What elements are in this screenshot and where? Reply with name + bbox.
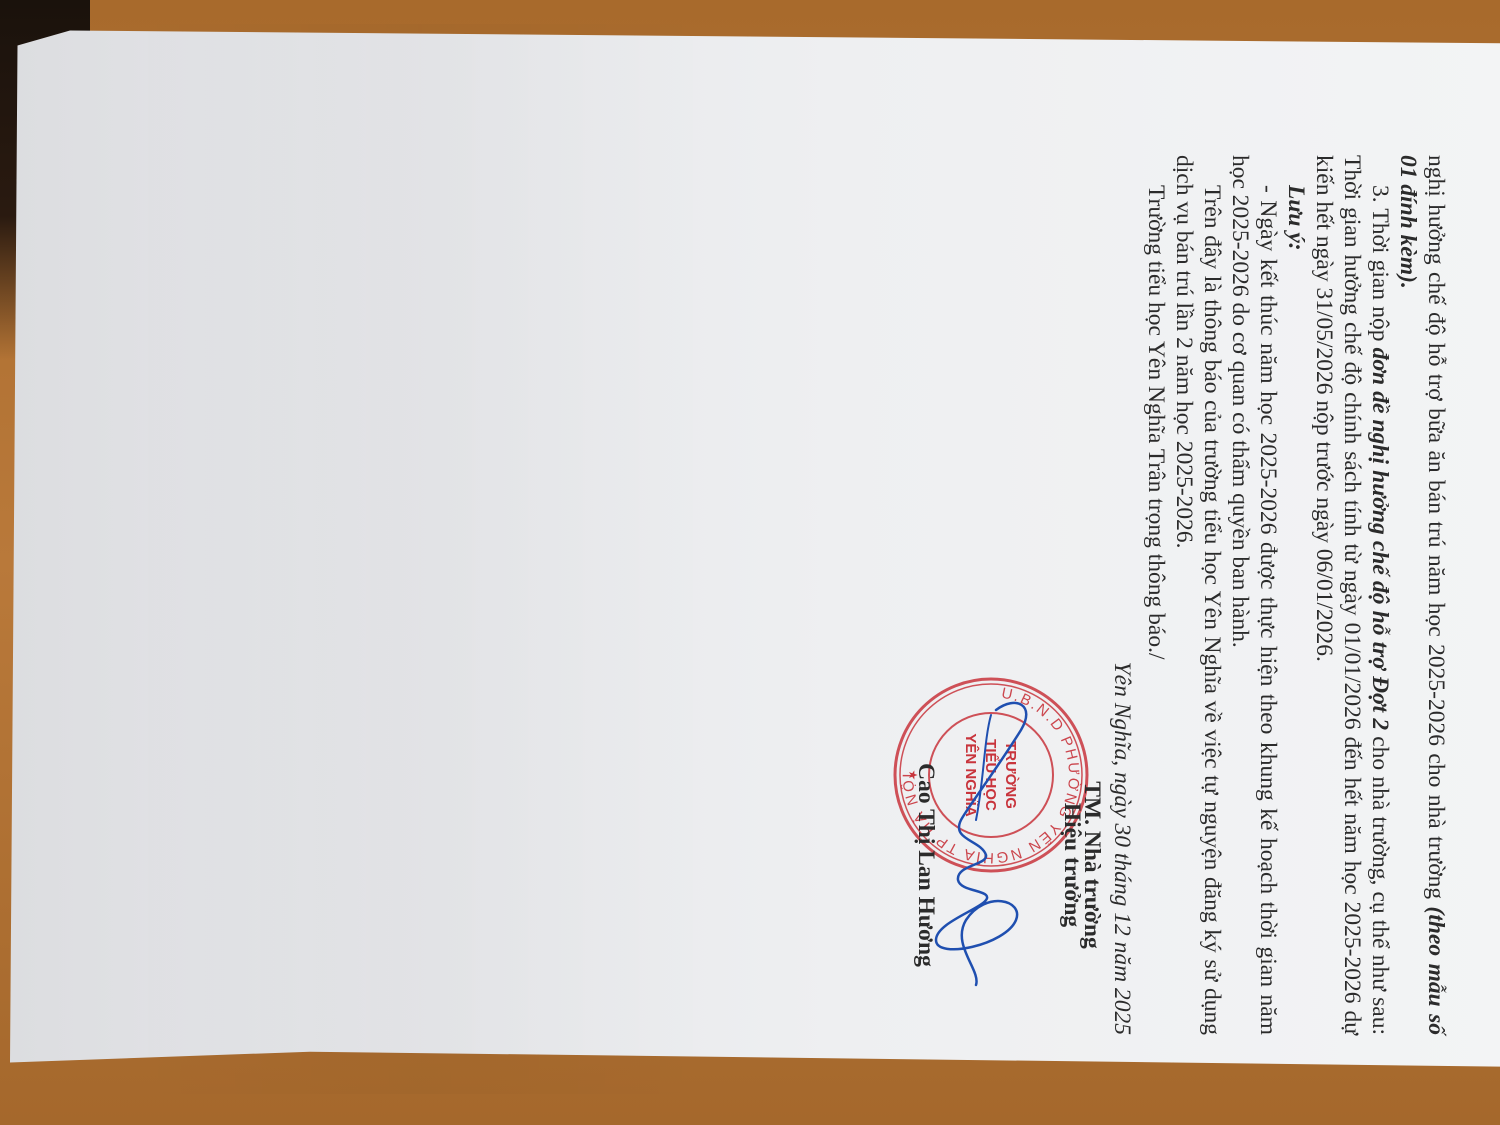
document-body: nghị hưởng chế độ hỗ trợ bữa ăn bán trú …	[876, 155, 1450, 1035]
note-heading: Lưu ý:	[1282, 155, 1310, 1035]
paragraph-request-form: nghị hưởng chế độ hỗ trợ bữa ăn bán trú …	[1394, 155, 1450, 1035]
paragraph-submission-time: 3. Thời gian nộp đơn đề nghị hưởng chế đ…	[1310, 155, 1394, 1035]
note-label: Lưu ý:	[1283, 185, 1309, 251]
note-text: - Ngày kết thúc năm học 2025-2026 được t…	[1226, 155, 1282, 1035]
submission-form-name: đơn đề nghị hưởng chế độ hỗ trợ Đợt 2	[1367, 348, 1393, 730]
handwritten-signature	[916, 690, 1076, 990]
request-text: nghị hưởng chế độ hỗ trợ bữa ăn bán trú …	[1423, 155, 1449, 907]
date-line: Yên Nghĩa, ngày 30 tháng 12 năm 2025	[1108, 662, 1136, 1035]
signer-name: Cao Thị Lan Hương	[912, 715, 940, 1015]
signature-block: Yên Nghĩa, ngày 30 tháng 12 năm 2025 U.B…	[876, 155, 1136, 1035]
paragraph-closing: Trường tiểu học Yên Nghĩa Trân trọng thô…	[1142, 155, 1170, 1035]
paragraph-summary: Trên đây là thông báo của trường tiểu họ…	[1170, 155, 1226, 1035]
submission-prefix: 3. Thời gian nộp	[1367, 185, 1393, 348]
